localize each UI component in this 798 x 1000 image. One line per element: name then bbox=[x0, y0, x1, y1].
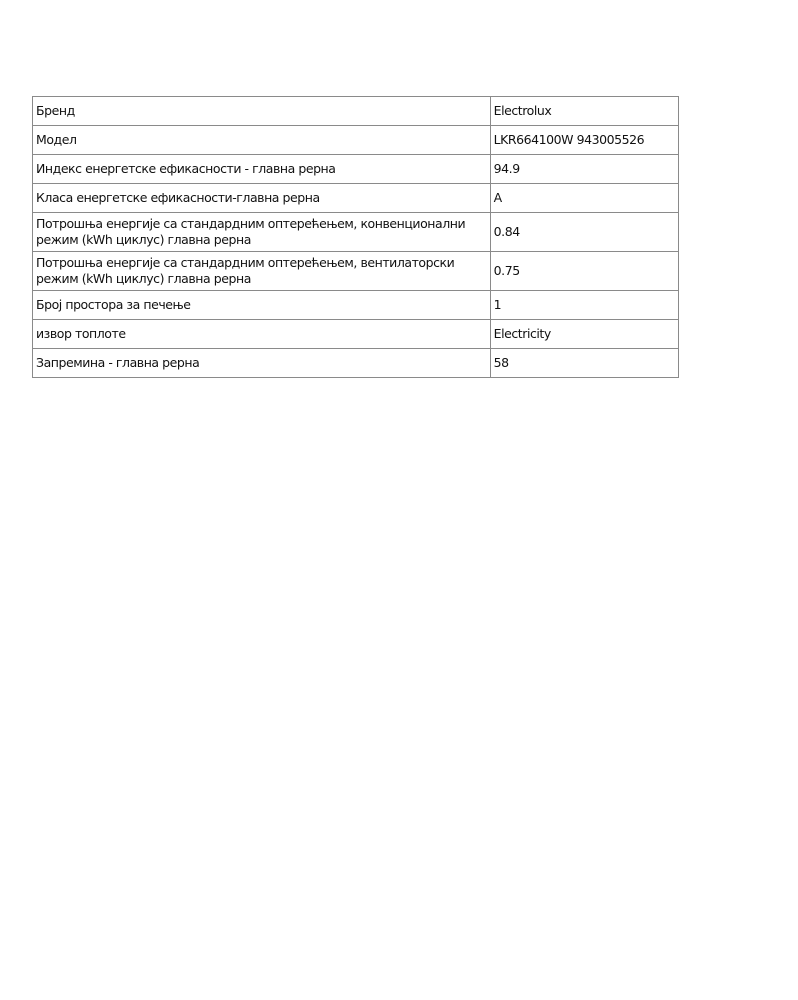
row-label: извор топлоте bbox=[33, 320, 491, 349]
row-label: Потрошња енергије са стандардним оптерећ… bbox=[33, 252, 491, 291]
row-label: Бренд bbox=[33, 97, 491, 126]
row-label-line: режим (kWh циклус) главна рерна bbox=[36, 271, 251, 286]
row-value: Electricity bbox=[490, 320, 678, 349]
row-label: Потрошња енергије са стандардним оптерећ… bbox=[33, 213, 491, 252]
row-value: A bbox=[490, 184, 678, 213]
row-label: Запремина - главна рерна bbox=[33, 349, 491, 378]
table-row-brand: Бренд Electrolux bbox=[33, 97, 679, 126]
row-value: 1 bbox=[490, 291, 678, 320]
table-row-volume: Запремина - главна рерна 58 bbox=[33, 349, 679, 378]
row-value: LKR664100W 943005526 bbox=[490, 126, 678, 155]
row-label: Индекс енергетске ефикасности - главна р… bbox=[33, 155, 491, 184]
table-row-energy-consumption-conventional: Потрошња енергије са стандардним оптерећ… bbox=[33, 213, 679, 252]
spec-table: Бренд Electrolux Модел LKR664100W 943005… bbox=[32, 96, 679, 378]
table-row-heat-source: извор топлоте Electricity bbox=[33, 320, 679, 349]
table-row-model: Модел LKR664100W 943005526 bbox=[33, 126, 679, 155]
row-label: Модел bbox=[33, 126, 491, 155]
table-row-cavities: Број простора за печење 1 bbox=[33, 291, 679, 320]
row-label: Класа енергетске ефикасности-главна рерн… bbox=[33, 184, 491, 213]
row-value: 0.75 bbox=[490, 252, 678, 291]
row-label: Број простора за печење bbox=[33, 291, 491, 320]
table-row-energy-consumption-fan: Потрошња енергије са стандардним оптерећ… bbox=[33, 252, 679, 291]
row-label-line: режим (kWh циклус) главна рерна bbox=[36, 232, 251, 247]
table-row-energy-efficiency-class: Класа енергетске ефикасности-главна рерн… bbox=[33, 184, 679, 213]
row-value: 94.9 bbox=[490, 155, 678, 184]
row-label-line: Потрошња енергије са стандардним оптерећ… bbox=[36, 216, 465, 231]
row-value: 58 bbox=[490, 349, 678, 378]
table-row-energy-efficiency-index: Индекс енергетске ефикасности - главна р… bbox=[33, 155, 679, 184]
row-value: 0.84 bbox=[490, 213, 678, 252]
row-value: Electrolux bbox=[490, 97, 678, 126]
row-label-line: Потрошња енергије са стандардним оптерећ… bbox=[36, 255, 454, 270]
